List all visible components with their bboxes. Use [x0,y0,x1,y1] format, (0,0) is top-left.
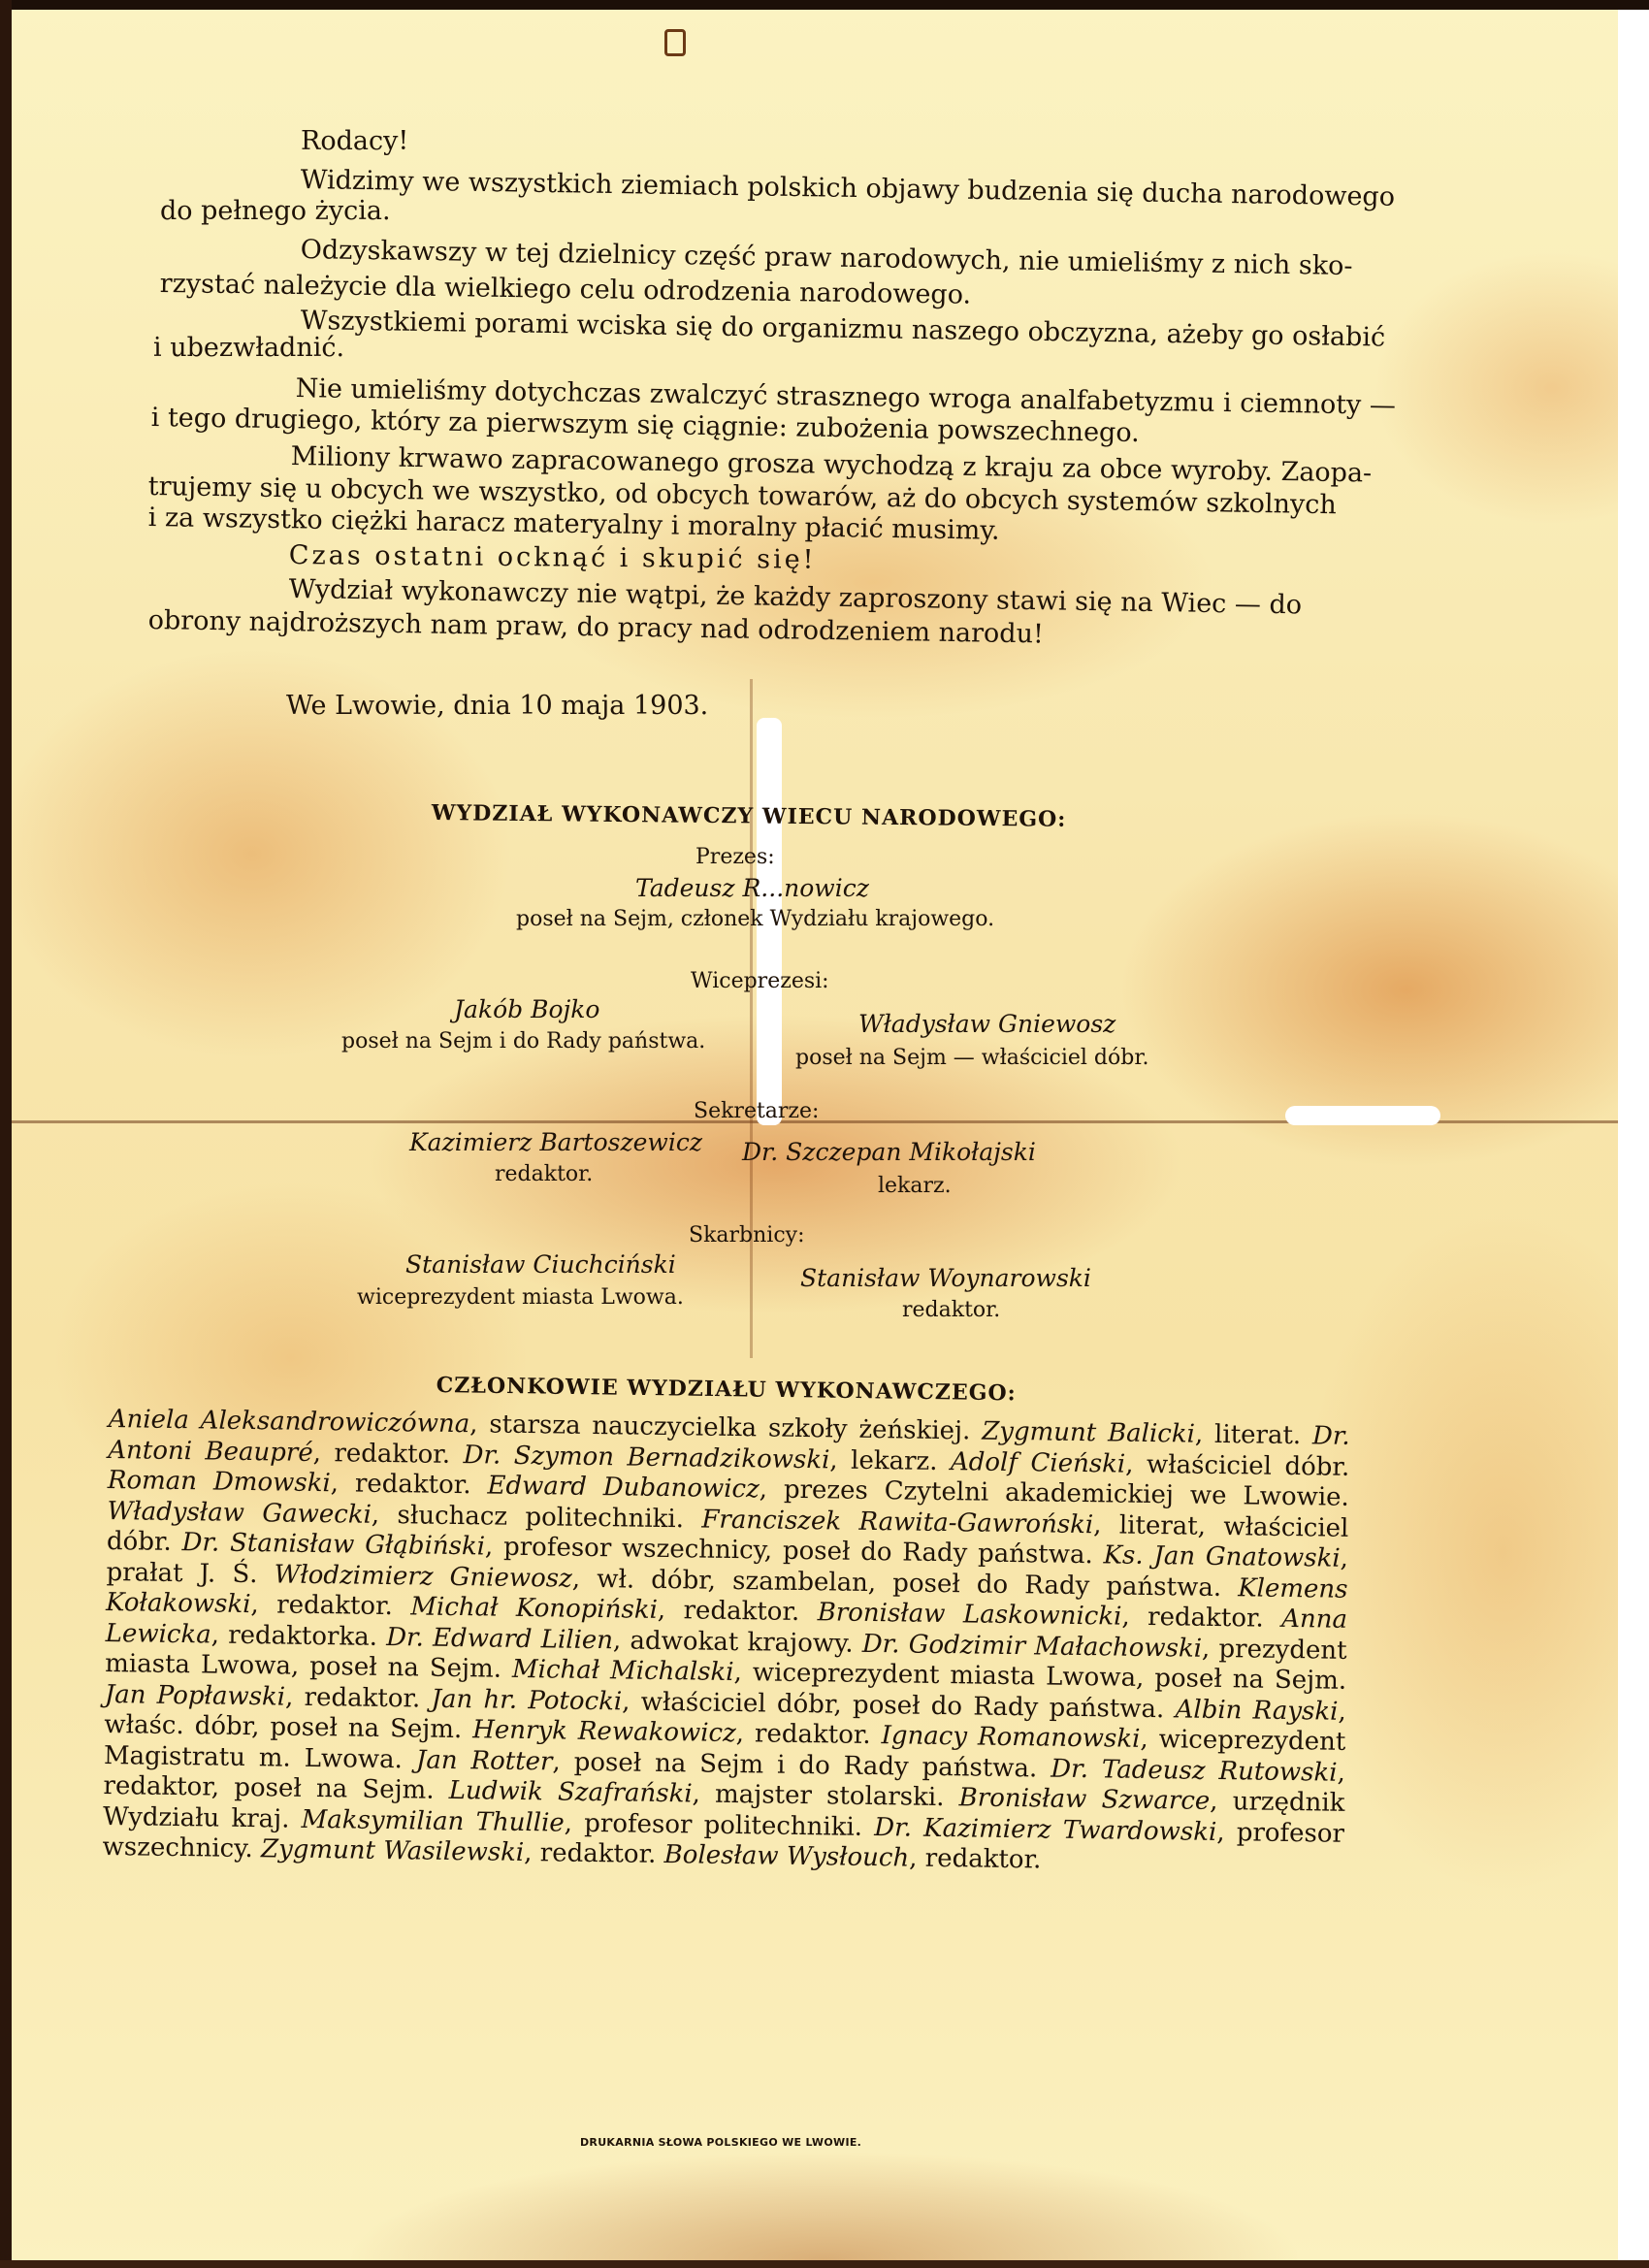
member-role: , redaktor. [658,1596,818,1627]
member-name: Ignacy Romanowski [881,1721,1140,1754]
vertical-fold-line [750,679,753,1358]
member-role: , literat. [1195,1420,1312,1451]
secretaries-label: Sekretarze: [694,1096,819,1127]
member-name: Ks. Jan Gnatowski [1103,1540,1340,1572]
member-name: Maksymilian Thullie [301,1804,565,1837]
scan-edge-left [0,0,12,2268]
member-name: Michał Michalski [512,1655,734,1687]
member-name: Dr. Kazimierz Twardowski [874,1813,1216,1847]
secretary-2-role: lekarz. [878,1171,952,1202]
member-name: Władysław Gawecki [107,1496,372,1529]
member-role: , redaktor. [1121,1603,1281,1634]
member-name: Edward Dubanowicz [487,1471,760,1504]
scan-edge-top [0,0,1649,10]
member-name: Włodzimierz Gniewosz [274,1560,572,1593]
members-list: Aniela Aleksandrowiczówna, starsza naucz… [102,1405,1349,1880]
secretary-1-name: Kazimierz Bartoszewicz [409,1127,702,1158]
vice-president-1-name: Jakób Bojko [454,994,599,1025]
vice-president-2-role: poseł na Sejm — właściciel dóbr. [795,1043,1148,1074]
member-name: Franciszek Rawita-Gawroński [701,1505,1093,1539]
vice-president-1-role: poseł na Sejm i do Rady państwa. [341,1026,705,1057]
para-1-line-2: do pełnego życia. [160,196,391,227]
member-name: Jan hr. Potocki [431,1684,622,1716]
president-label: Prezes: [695,842,775,873]
member-role: , lekarz. [829,1445,951,1476]
member-name: Bolesław Wysłouch [663,1840,909,1873]
member-role: , redaktorka. [211,1620,387,1652]
member-name: Zygmunt Wasilewski [261,1834,525,1867]
member-role: , adwokat krajowy. [613,1626,862,1659]
scan-edge-bottom [0,2260,1649,2268]
member-name: Dr. Edward Lilien [386,1623,613,1655]
treasurers-label: Skarbnicy: [689,1220,805,1251]
secretary-1-role: redaktor. [495,1159,593,1190]
member-name: Bronisław Szwarce [958,1783,1210,1816]
member-name: Ludwik Szafrański [449,1776,693,1809]
vice-presidents-label: Wiceprezesi: [691,966,829,997]
member-role: , redaktor. [250,1590,410,1621]
member-role: , redaktor. [736,1719,882,1750]
member-name: Dr. Szymon Bernadzikowski [463,1441,829,1474]
member-role: , redaktor. [524,1838,664,1869]
para-6-line-1: Czas ostatni ocknąć i skupić się! [289,540,817,576]
member-name: Dr. Godzimir Małachowski [862,1629,1203,1663]
member-name: Dr. Tadeusz Rutowski [1051,1754,1338,1787]
member-name: Bronisław Laskownicki [818,1598,1122,1631]
member-role: , redaktor. [331,1469,488,1500]
member-name: Roman Dmowski [108,1466,331,1498]
president-role: poseł na Sejm, członek Wydziału krajoweg… [516,904,994,935]
member-role: , słuchacz politechniki. [372,1500,702,1534]
place-date: We Lwowie, dnia 10 maja 1903. [286,691,708,722]
member-name: Albin Rayski [1175,1695,1338,1726]
treasurer-1-name: Stanisław Ciuchciński [405,1249,676,1280]
vice-president-2-name: Władysław Gniewosz [858,1009,1115,1040]
binding-hole-icon [664,29,686,56]
member-name: Adolf Cieński [951,1447,1126,1479]
paper-tear-horizontal [1285,1106,1440,1125]
member-role: , redaktor. [909,1844,1042,1875]
member-name: Michał Konopiński [410,1592,658,1625]
para-3-line-2: i ubezwładnić. [153,333,344,364]
salutation: Rodacy! [301,126,408,157]
member-role: , majster stolarski. [692,1779,958,1812]
secretary-2-name: Dr. Szczepan Mikołajski [742,1137,1036,1168]
member-name: Jan Rotter [416,1745,553,1776]
member-name: Henryk Rewakowicz [472,1715,736,1748]
president-name: Tadeusz R...nowicz [635,873,869,904]
member-name: Aniela Aleksandrowiczówna [109,1405,470,1439]
member-name: Jan Popławski [105,1679,286,1711]
member-role: , redaktor. [285,1682,432,1713]
member-name: Dr. Stanisław Głąbiński [181,1528,485,1561]
treasurer-2-name: Stanisław Woynarowski [800,1263,1091,1294]
member-role: , właściciel dóbr. [1125,1449,1349,1481]
member-name: Zygmunt Balicki [982,1417,1195,1449]
printer-imprint: DRUKARNIA SŁOWA POLSKIEGO WE LWOWIE. [580,2136,861,2149]
member-role: , profesor politechniki. [565,1808,875,1841]
treasurer-2-role: redaktor. [902,1295,1000,1326]
treasurer-1-role: wiceprezydent miasta Lwowa. [357,1282,684,1313]
member-role: , redaktor. [312,1438,463,1469]
committee-heading: WYDZIAŁ WYKONAWCZY WIECU NARODOWEGO: [432,797,1067,835]
